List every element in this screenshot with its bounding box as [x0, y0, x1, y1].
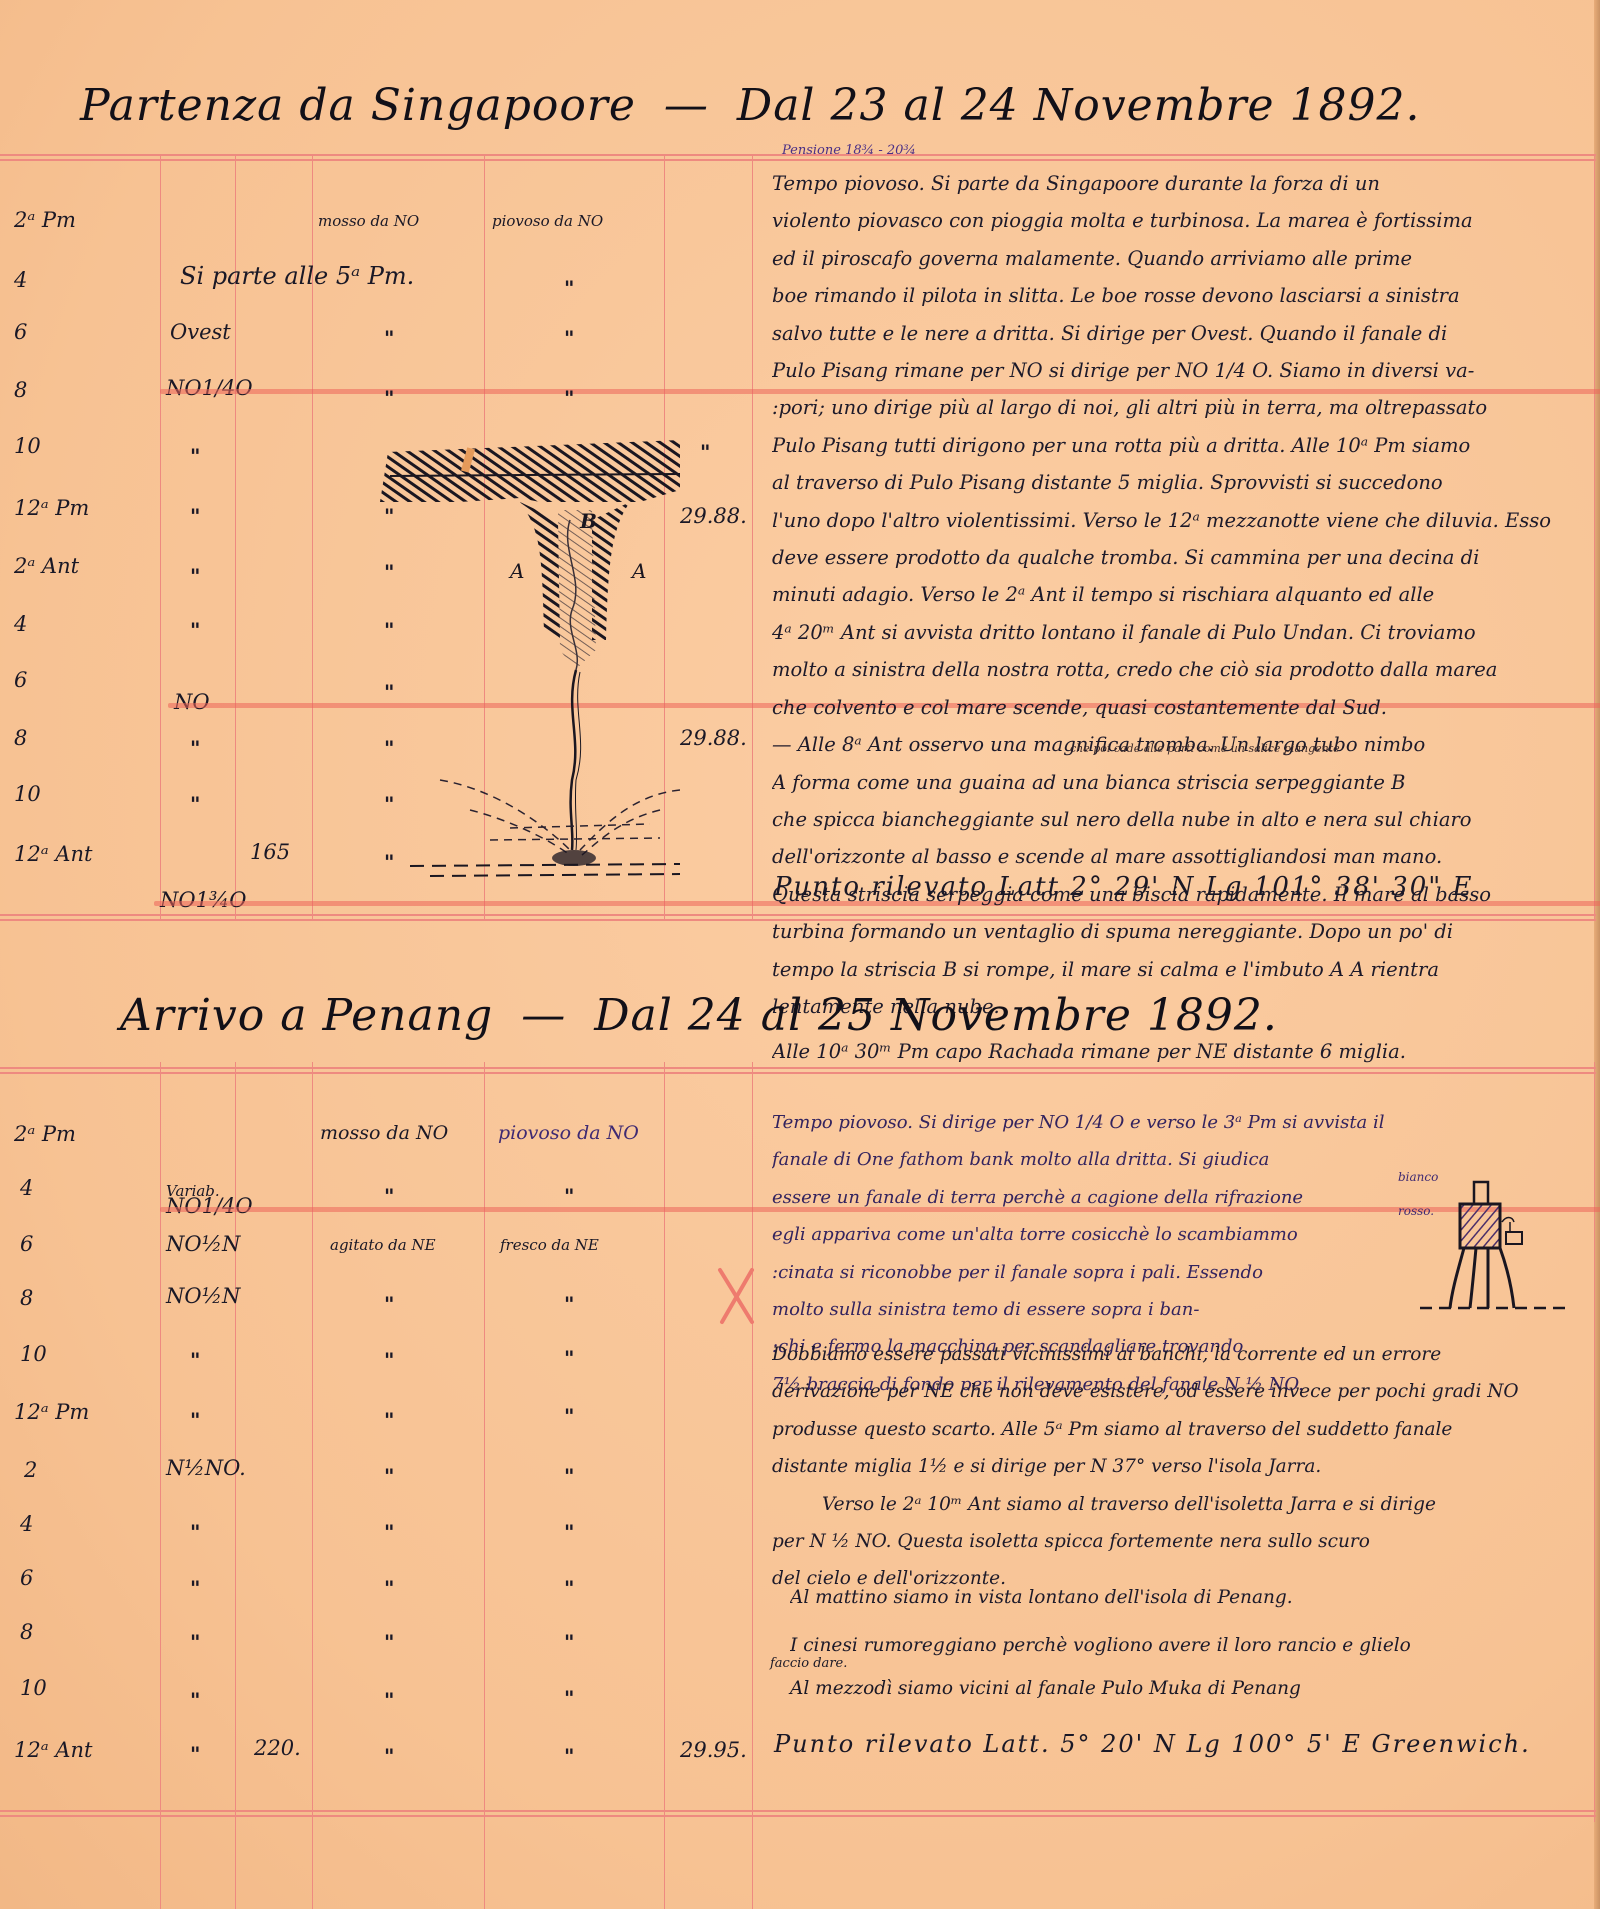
extra-cell: 220.	[254, 1736, 301, 1760]
barometer-cell: 29.95.	[680, 1738, 747, 1762]
note-line: Dobbiamo essere passati vicinissimi ai b…	[772, 1336, 1590, 1373]
hour-cell: 4	[20, 1176, 33, 1200]
hour-cell: 4	[20, 1512, 33, 1536]
section2-position: Punto rilevato Latt. 5° 20' N Lg 100° 5'…	[774, 1730, 1531, 1758]
note-line: ed il piroscafo governa malamente. Quand…	[772, 240, 1590, 277]
section2-date-range: Dal 24 al 25 Novembre 1892.	[594, 990, 1278, 1041]
sea-cell: "	[384, 1464, 394, 1488]
note-line: deve essere prodotto da qualche tromba. …	[772, 539, 1590, 576]
hour-cell: 12ᵃ Pm	[14, 496, 89, 520]
note-line: boe rimando il pilota in slitta. Le boe …	[772, 277, 1590, 314]
note-line: faccio dare.	[770, 1656, 847, 1671]
lighthouse-sketch-icon	[1400, 1160, 1590, 1320]
section2-top-rule	[0, 1067, 1596, 1069]
note-line: Pulo Pisang tutti dirigono per una rotta…	[772, 427, 1590, 464]
sky-cell: "	[564, 1520, 574, 1544]
waterspout-sketch-icon: A B A	[360, 410, 680, 880]
hour-cell: 2ᵃ Pm	[14, 1122, 76, 1146]
sea-cell: "	[384, 1520, 394, 1544]
section2-bottom-rule-2	[0, 1815, 1596, 1817]
wind-cell: "	[190, 736, 200, 760]
hour-cell: 10	[14, 434, 41, 458]
hour-cell: 6	[20, 1232, 33, 1256]
hour-cell: 6	[14, 668, 27, 692]
note-line: egli appariva come un'alta torre cosicch…	[772, 1216, 1392, 1253]
hour-cell: 2	[24, 1458, 37, 1482]
section1-notes: Tempo piovoso. Si parte da Singapoore du…	[772, 165, 1590, 1071]
wind-cell: "	[190, 1576, 200, 1600]
sky-cell: "	[564, 386, 574, 410]
sky-cell: "	[564, 1464, 574, 1488]
column-divider	[752, 156, 753, 920]
label-a-left: A	[508, 559, 524, 583]
hour-cell: 10	[20, 1676, 47, 1700]
hour-cell: 10	[20, 1342, 47, 1366]
note-line: molto sulla sinistra temo di essere sopr…	[772, 1291, 1392, 1328]
hour-cell: 10	[14, 782, 41, 806]
sky-cell: "	[564, 1576, 574, 1600]
section2-top-rule-2	[0, 1072, 1596, 1074]
hour-cell: 4	[14, 612, 27, 636]
interlinear-note: che poi cade alle parti come un salice p…	[1070, 742, 1340, 755]
hour-cell: 6	[20, 1566, 33, 1590]
sky-cell: piovoso da NO	[498, 1122, 639, 1144]
note-line: Tempo piovoso. Si dirige per NO 1/4 O e …	[772, 1104, 1392, 1141]
note-line: 4ᵃ 20ᵐ Ant si avvista dritto lontano il …	[772, 614, 1590, 651]
barometer-cell: 29.88.	[680, 504, 747, 528]
sea-cell: "	[384, 1688, 394, 1712]
hour-cell: 12ᵃ Ant	[14, 1738, 92, 1762]
sky-cell: "	[564, 1744, 574, 1768]
section1-table: 2ᵃ Pm mosso da NO piovoso da NO 4 Si par…	[0, 0, 1600, 72]
sky-cell: "	[564, 1404, 574, 1428]
note-line: derivazione per NE che non deve esistere…	[772, 1373, 1590, 1410]
note-line: dell'orizzonte al basso e scende al mare…	[772, 838, 1590, 875]
sky-cell: "	[564, 1292, 574, 1316]
note-line: produsse questo scarto. Alle 5ᵃ Pm siamo…	[772, 1411, 1590, 1448]
wind-cell: Ovest	[170, 320, 231, 344]
note-line: Al mezzodì siamo vicini al fanale Pulo M…	[790, 1678, 1301, 1699]
wind-cell: "	[190, 1688, 200, 1712]
title-dash: —	[664, 80, 709, 131]
sky-cell: "	[564, 326, 574, 350]
wind-cell: "	[190, 564, 200, 588]
column-divider	[664, 1062, 665, 1909]
hour-cell: 12ᵃ Pm	[14, 1400, 89, 1424]
sky-cell: "	[564, 1346, 574, 1370]
section1-title: Partenza da Singapoore—Dal 23 al 24 Nove…	[80, 80, 1421, 131]
column-divider	[235, 1062, 236, 1909]
sea-cell: "	[384, 386, 394, 410]
sea-cell: "	[384, 1576, 394, 1600]
hour-cell: 6	[14, 320, 27, 344]
note-line: Al mattino siamo in vista lontano dell'i…	[790, 1574, 1590, 1622]
column-divider	[1594, 156, 1595, 920]
section2-notes-lower: Al mattino siamo in vista lontano dell'i…	[790, 1574, 1590, 1670]
section1-date-range: Dal 23 al 24 Novembre 1892.	[737, 80, 1421, 131]
note-line: distante miglia 1½ e si dirige per N 37°…	[772, 1448, 1590, 1485]
note-line: l'uno dopo l'altro violentissimi. Verso …	[772, 502, 1590, 539]
column-divider	[312, 1062, 313, 1909]
note-line: fanale di One fathom bank molto alla dri…	[772, 1141, 1392, 1178]
column-divider	[1594, 1062, 1595, 1822]
note-line: Verso le 2ᵃ 10ᵐ Ant siamo al traverso de…	[772, 1486, 1590, 1523]
extra-cell: 165	[250, 840, 290, 864]
wind-cell: N½NO.	[166, 1456, 246, 1480]
column-divider	[484, 1062, 485, 1909]
sky-cell: "	[700, 440, 710, 464]
sea-cell: "	[384, 1348, 394, 1372]
hour-cell: 2ᵃ Pm	[14, 208, 76, 232]
wind-cell: Variab.	[166, 1182, 220, 1200]
section2-title-text: Arrivo a Penang	[120, 990, 493, 1041]
note-line: :cinata si riconobbe per il fanale sopra…	[772, 1254, 1392, 1291]
wind-cell: "	[190, 444, 200, 468]
note-line: molto a sinistra della nostra rotta, cre…	[772, 651, 1590, 688]
section2-bottom-rule	[0, 1810, 1596, 1812]
section2-title: Arrivo a Penang—Dal 24 al 25 Novembre 18…	[120, 990, 1278, 1041]
section1-top-rule-2	[0, 159, 1596, 161]
hour-cell: 12ᵃ Ant	[14, 842, 92, 866]
column-divider	[752, 1062, 753, 1909]
sky-cell: piovoso da NO	[492, 212, 603, 230]
wind-cell: "	[190, 1630, 200, 1654]
note-line: turbina formando un ventaglio di spuma n…	[772, 913, 1590, 950]
section2-notes: Dobbiamo essere passati vicinissimi ai b…	[772, 1336, 1590, 1598]
note-line: minuti adagio. Verso le 2ᵃ Ant il tempo …	[772, 576, 1590, 613]
sea-cell: "	[384, 1630, 394, 1654]
section1-position: Punto rilevato Latt 2° 29' N Lg 101° 38'…	[774, 872, 1473, 902]
sea-cell: "	[384, 1744, 394, 1768]
sky-cell: "	[564, 1630, 574, 1654]
note-line: che spicca biancheggiante sul nero della…	[772, 801, 1590, 838]
label-b: B	[579, 509, 597, 533]
section1-top-rule	[0, 154, 1596, 156]
note-line: essere un fanale di terra perchè a cagio…	[772, 1179, 1392, 1216]
wind-cell: "	[190, 618, 200, 642]
column-divider	[160, 1062, 161, 1909]
wind-cell: "	[190, 1408, 200, 1432]
hour-cell: 8	[14, 378, 27, 402]
column-divider	[160, 156, 161, 920]
note-line: tempo la striscia B si rompe, il mare si…	[772, 951, 1590, 988]
sea-cell: "	[384, 1292, 394, 1316]
hour-cell: 2ᵃ Ant	[14, 554, 79, 578]
wind-cell: "	[190, 1520, 200, 1544]
note-line: Pulo Pisang rimane per NO si dirige per …	[772, 352, 1590, 389]
sky-cell: "	[564, 1184, 574, 1208]
barometer-cell: 29.88.	[680, 726, 747, 750]
note-line: :pori; uno dirige più al largo di noi, g…	[772, 389, 1590, 426]
hour-cell: 8	[14, 726, 27, 750]
note-line: per N ½ NO. Questa isoletta spicca forte…	[772, 1523, 1590, 1560]
sky-cell: fresco da NE	[500, 1236, 599, 1254]
sea-cell: mosso da NO	[320, 1122, 448, 1144]
sky-cell: "	[564, 1686, 574, 1710]
note-line: violento piovasco con pioggia molta e tu…	[772, 202, 1590, 239]
note-line: al traverso di Pulo Pisang distante 5 mi…	[772, 464, 1590, 501]
logbook-page: Partenza da Singapoore—Dal 23 al 24 Nove…	[0, 0, 1600, 1909]
departure-note: Si parte alle 5ᵃ Pm.	[180, 262, 414, 290]
hour-cell: 8	[20, 1286, 33, 1310]
sea-cell: "	[384, 326, 394, 350]
title-dash: —	[521, 990, 566, 1041]
label-a-right: A	[630, 559, 646, 583]
wind-cell: NO½N	[166, 1284, 240, 1308]
wind-cell: NO½N	[166, 1232, 240, 1256]
note-line: salvo tutte e le nere a dritta. Si dirig…	[772, 315, 1590, 352]
section1-title-text: Partenza da Singapoore	[80, 80, 636, 131]
note-line: I cinesi rumoreggiano perchè vogliono av…	[790, 1622, 1590, 1670]
wind-cell: "	[190, 792, 200, 816]
wind-cell: "	[190, 1348, 200, 1372]
sea-cell: "	[384, 1184, 394, 1208]
red-x-mark-icon	[716, 1266, 756, 1326]
note-line: che colvento e col mare scende, quasi co…	[772, 689, 1590, 726]
wind-cell: "	[190, 1742, 200, 1766]
sea-cell: "	[384, 1408, 394, 1432]
sea-cell: mosso da NO	[318, 212, 419, 230]
note-line: Tempo piovoso. Si parte da Singapoore du…	[772, 165, 1590, 202]
hour-cell: 8	[20, 1620, 33, 1644]
sea-cell: agitato da NE	[330, 1236, 436, 1254]
note-line: A forma come una guaina ad una bianca st…	[772, 764, 1590, 801]
hour-cell: 4	[14, 268, 27, 292]
wind-cell: "	[190, 504, 200, 528]
sky-cell: "	[564, 276, 574, 300]
